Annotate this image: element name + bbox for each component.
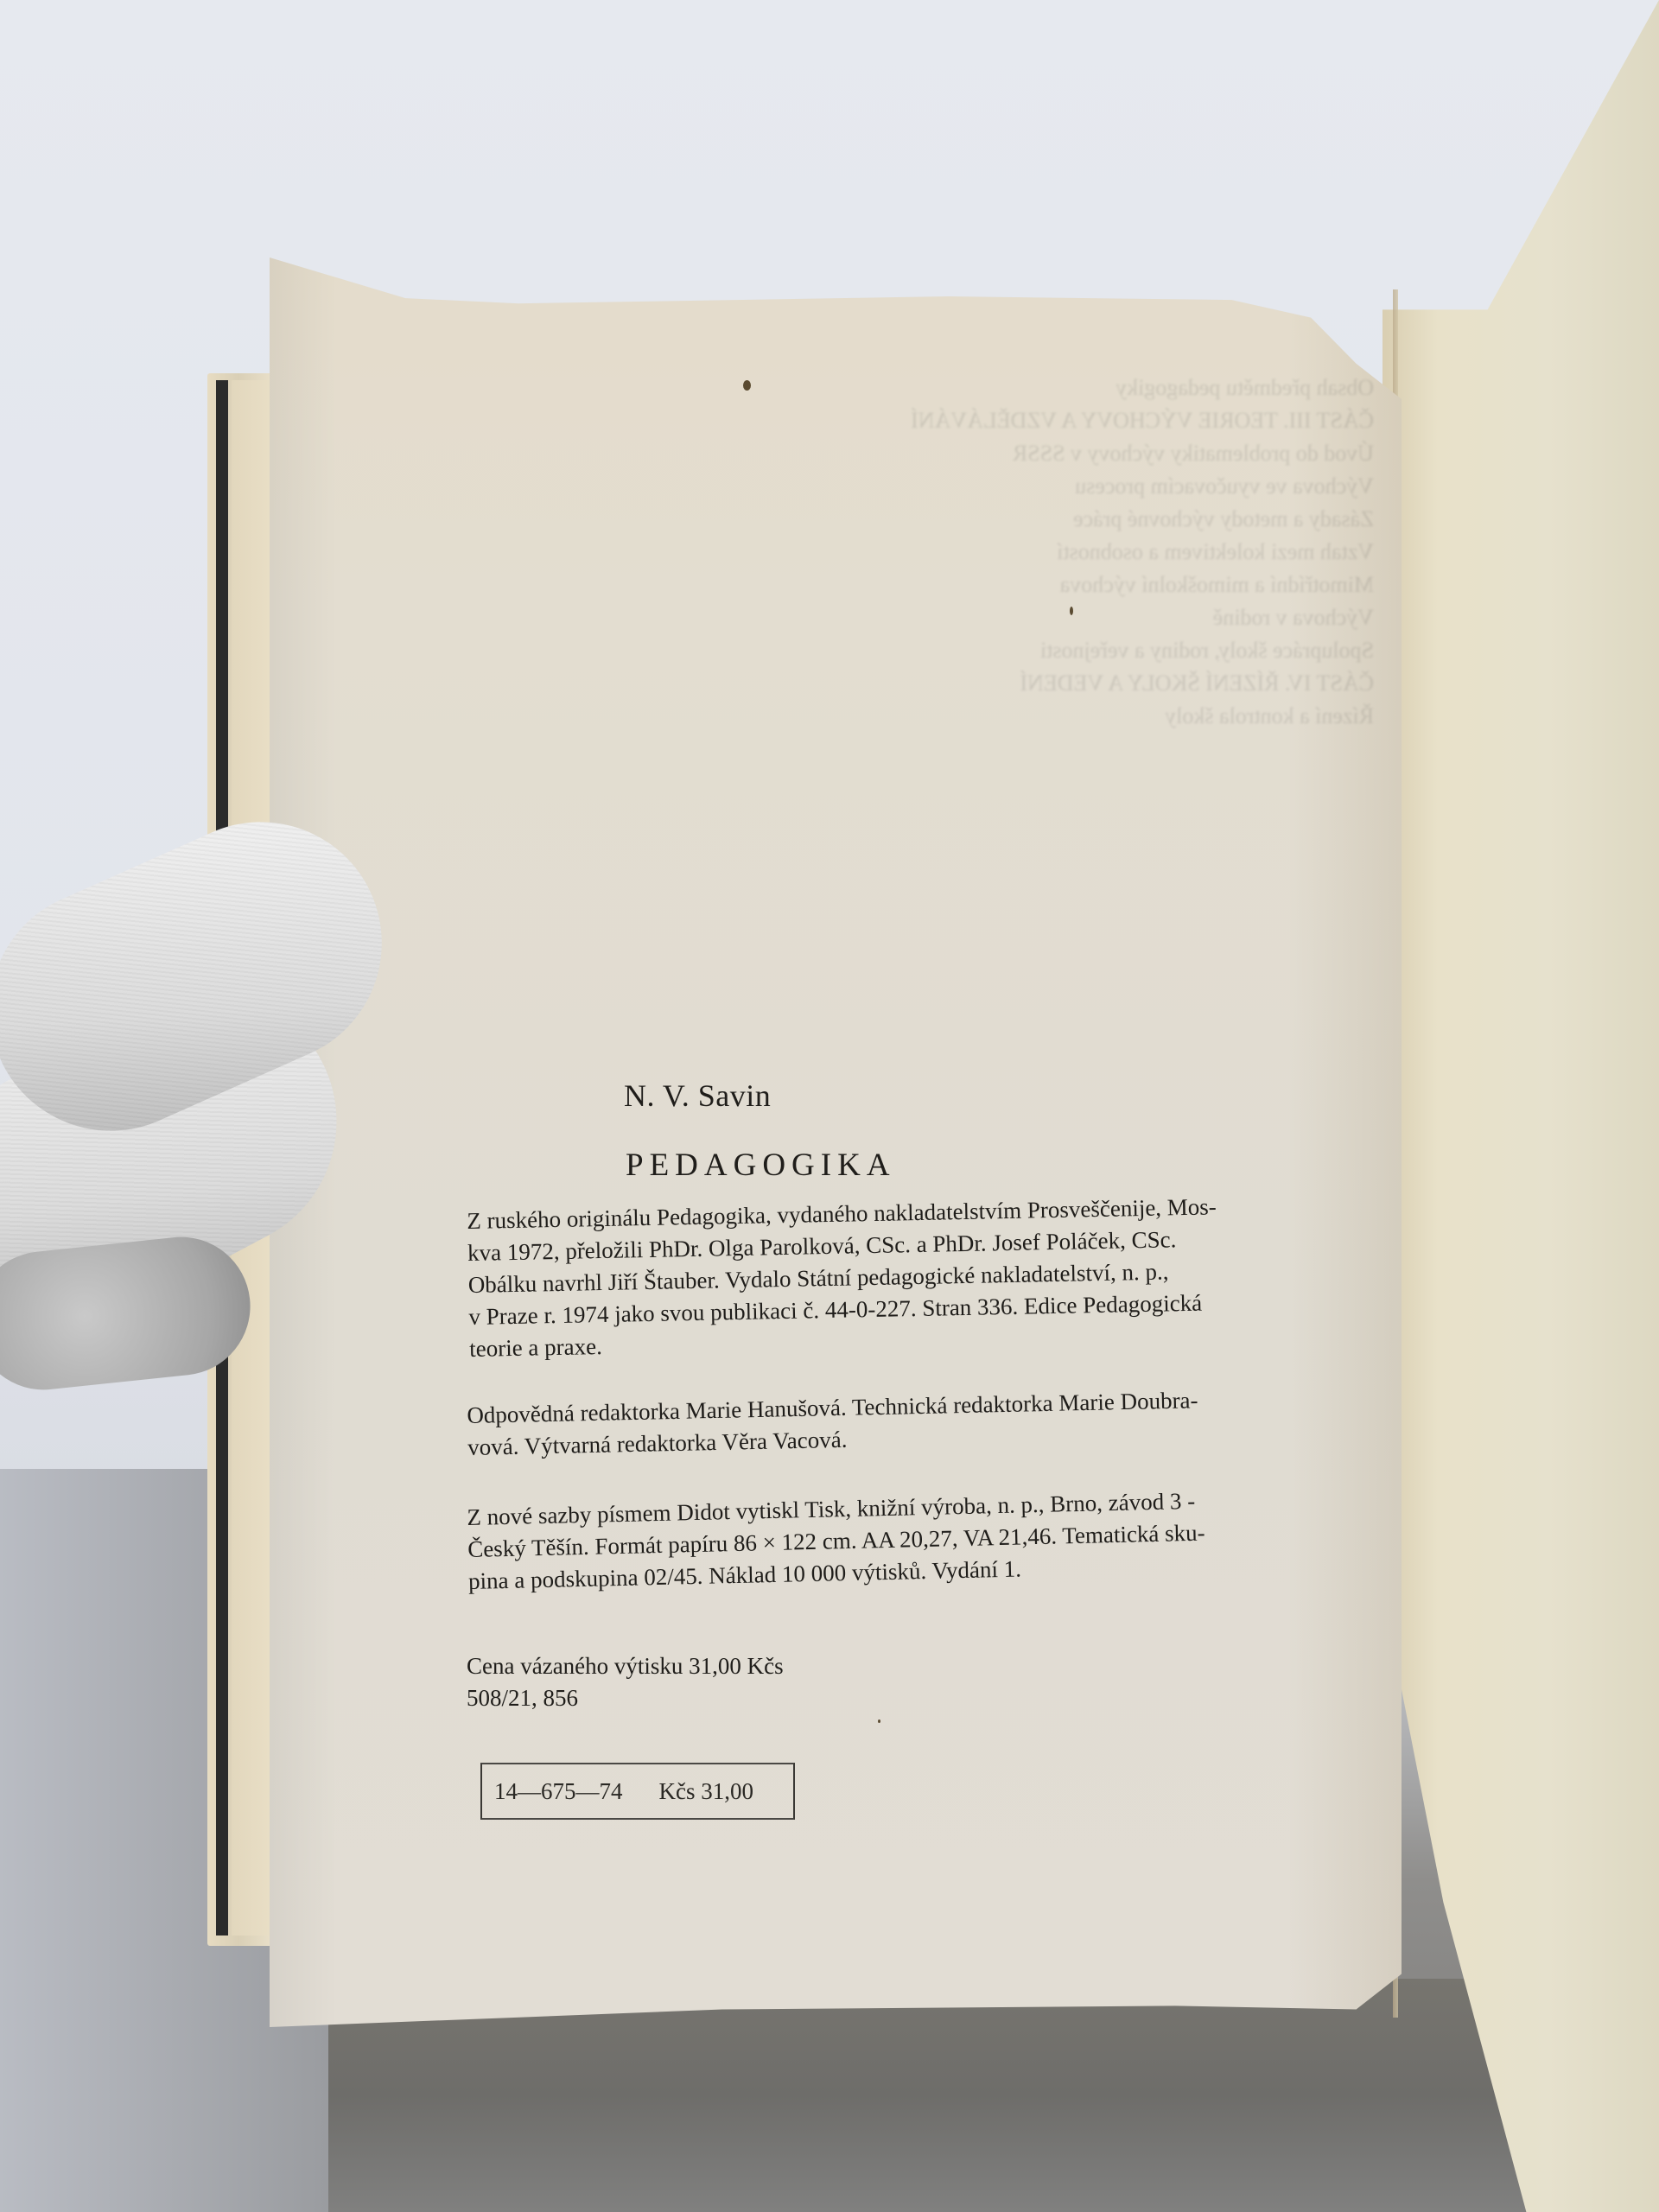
price-box: 14—675—74 Kčs 31,00 xyxy=(480,1763,795,1820)
translation-paragraph: Z ruského originálu Pedagogika, vydaného… xyxy=(467,1187,1411,1365)
price-amount: Kčs 31,00 xyxy=(659,1778,754,1805)
price-paragraph: Cena vázaného výtisku 31,00 Kčs 508/21, … xyxy=(467,1650,1408,1714)
printing-paragraph: Z nové sazby písmem Didot vytiskl Tisk, … xyxy=(467,1480,1410,1598)
book-title: PEDAGOGIKA xyxy=(626,1147,896,1184)
catalog-code: 14—675—74 xyxy=(494,1778,623,1805)
editors-paragraph: Odpovědná redaktorka Marie Hanušová. Tec… xyxy=(467,1380,1409,1464)
gloved-hand xyxy=(0,829,397,1538)
text-line: 508/21, 856 xyxy=(467,1682,1408,1714)
glove-thumb xyxy=(0,1230,257,1397)
author-name: N. V. Savin xyxy=(624,1077,771,1114)
text-line: Cena vázaného výtisku 31,00 Kčs xyxy=(467,1650,1408,1682)
